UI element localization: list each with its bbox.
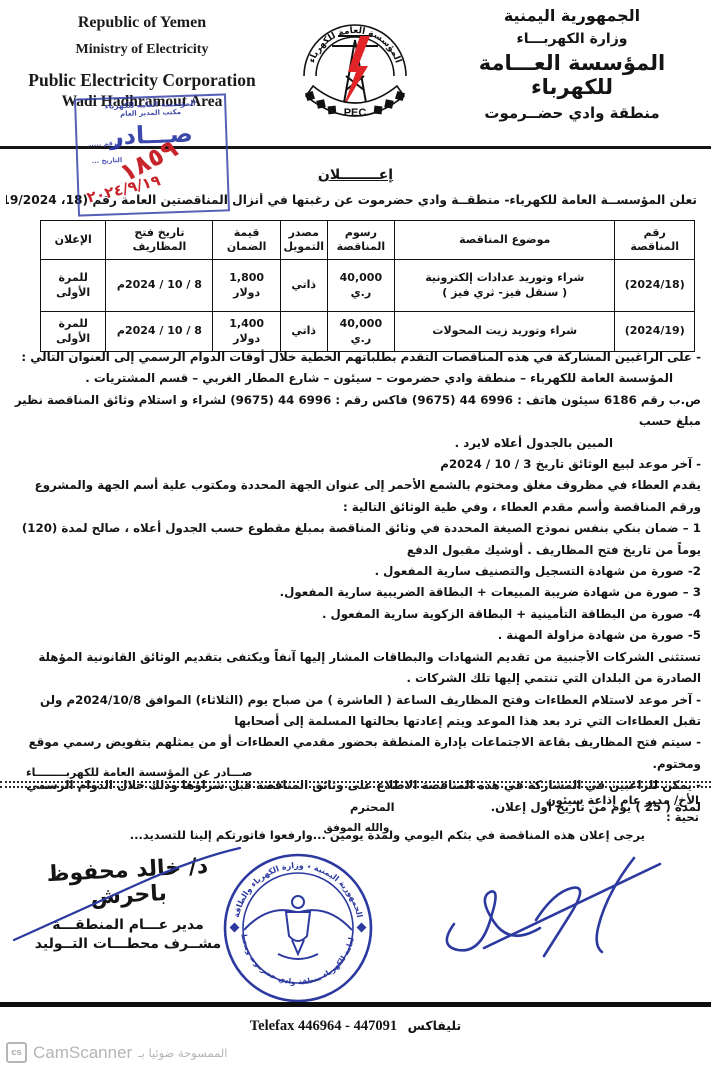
signature-stroke	[447, 858, 660, 956]
guarantee-unit: دولار	[215, 332, 277, 346]
camscanner-brand: CamScanner	[33, 1043, 132, 1063]
signature-left-block: د/ خالد محفوظ باحرش مدير عـــام المنطقــ…	[14, 858, 242, 954]
col-guarantee: قيمة الضمان	[213, 221, 280, 260]
signatory-name: د/ خالد محفوظ باحرش	[13, 852, 243, 914]
funding-source: ذاتي	[280, 312, 327, 352]
open-date: 8 / 10 / 2024م	[106, 260, 213, 312]
round-stamp-top-text: الجمهورية اليمنية ٭ وزارة الكهرباء والطا…	[232, 861, 364, 919]
subject-line2: ( سنقل فيز- ثري فيز )	[397, 286, 612, 300]
paragraph: ص.ب رقم 6186 سيئون هاتف : 6996 44 (9675)…	[12, 390, 701, 433]
logo-label: PEC	[344, 107, 367, 119]
subject-line1: شراء وتوريد عدادات إلكترونية	[397, 271, 612, 285]
signatory-title-1: مدير عـــام المنطقـــة	[14, 916, 242, 935]
addressee-line: الأخ/ مدير عام إذاعة سيئون	[546, 792, 699, 809]
respected-label: المحترم	[350, 800, 395, 814]
signature-right	[428, 848, 674, 974]
table-row: (2024/19) شراء وتوريد زيت المحولات 40,00…	[41, 312, 695, 352]
header-arabic: الجمهورية اليمنية وزارة الكهربـــاء المؤ…	[443, 6, 701, 122]
funding-source: ذاتي	[280, 260, 327, 312]
announcement-times: للمرة الأولى	[41, 260, 106, 312]
paragraph: المؤسسة العامة للكهرباء – منطقة وادي حضر…	[12, 368, 701, 389]
broadcast-request-line: يرجى إعلان هذه المناقصة في بثكم اليومي و…	[50, 828, 645, 842]
footer-rule	[0, 1002, 711, 1007]
camscanner-icon: cs	[6, 1042, 27, 1063]
tender-fee: 40,000 ر.ي	[327, 312, 394, 352]
col-subject: موضوع المناقصة	[395, 221, 615, 260]
table-header-row: رقم المناقصة موضوع المناقصة رسوم المناقص…	[41, 221, 695, 260]
list-item: 3 – صورة من شهادة ضريبة المبيعات + البطا…	[12, 582, 701, 603]
svg-text:الجمهورية اليمنية ٭ وزارة الكه: الجمهورية اليمنية ٭ وزارة الكهرباء والطا…	[232, 861, 364, 919]
logo-bottom-band: PEC	[305, 86, 405, 119]
tender-no: (2024/18)	[615, 260, 695, 312]
col-fees: رسوم المناقصة	[327, 221, 394, 260]
dotted-line	[0, 781, 711, 783]
paragraph: تستثنى الشركات الأجنبية من تقديم الشهادا…	[12, 647, 701, 690]
stamp-labels: الرقم ..... التاريخ ...	[81, 139, 122, 174]
guarantee-amount: 1,800	[215, 271, 277, 285]
guarantee: 1,400 دولار	[213, 312, 280, 352]
scanned-tender-announcement: Republic of Yemen Ministry of Electricit…	[0, 0, 711, 1080]
country-en: Republic of Yemen	[18, 14, 266, 32]
list-item: 5- صورة من شهادة مزاولة المهنة .	[12, 625, 701, 646]
fee-unit: ر.ي	[330, 286, 392, 300]
telefax-line: Telefax 446964 - 447091 تليفاكس	[0, 1015, 711, 1035]
announcement-title-text: إعــــــــلان	[318, 167, 393, 183]
announcement-times: للمرة الأولى	[41, 312, 106, 352]
col-tender-no: رقم المناقصة	[615, 221, 695, 260]
dotted-line	[0, 786, 711, 788]
signatory-title-2: مشــرف محطـــات التــوليد	[14, 935, 242, 954]
camscanner-watermark: cs CamScanner الممسوحة ضوئيا بـ	[6, 1042, 227, 1063]
paragraph: - آخر موعد لاستلام العطاءات وفتح المظاري…	[12, 690, 701, 733]
issued-by-row: صـــادر عن المؤسسة العامة للكهربــــــــ…	[0, 766, 711, 792]
table-row: (2024/18) شراء وتوريد عدادات إلكترونية (…	[41, 260, 695, 312]
fee-amount: 40,000	[330, 271, 392, 285]
open-date: 8 / 10 / 2024م	[106, 312, 213, 352]
telefax-ar: تليفاكس	[408, 1018, 462, 1033]
tender-table: رقم المناقصة موضوع المناقصة رسوم المناقص…	[40, 220, 695, 352]
fee-amount: 40,000	[330, 317, 392, 331]
telefax-en: Telefax 446964 - 447091	[250, 1018, 397, 1034]
guarantee-unit: دولار	[215, 286, 277, 300]
tender-fee: 40,000 ر.ي	[327, 260, 394, 312]
issued-by-text: صـــادر عن المؤسسة العامة للكهربــــــــ…	[26, 766, 252, 779]
guarantee-amount: 1,400	[215, 317, 277, 331]
ministry-ar: وزارة الكهربـــاء	[443, 31, 701, 47]
area-ar: منطقة وادي حضــرموت	[443, 104, 701, 122]
pec-logo-icon: المؤسسة العامة للكهرباء PEC	[292, 10, 418, 144]
col-open-date: تاريخ فتح المظاريف	[106, 221, 213, 260]
addressee-block: الأخ/ مدير عام إذاعة سيئون تحية :	[546, 792, 699, 826]
greeting-line: تحية :	[546, 809, 699, 826]
tender-subject: شراء وتوريد عدادات إلكترونية ( سنقل فيز-…	[395, 260, 615, 312]
list-item: 2- صورة من شهادة التسجيل والتصنيف سارية …	[12, 561, 701, 582]
eagle-emblem-icon	[244, 896, 352, 959]
stamp-number-label: الرقم .....	[81, 139, 121, 148]
corporation-ar: المؤسسة العـــامة للكهرباء	[443, 51, 701, 99]
paragraph: - آخر موعد لبيع الوثائق تاريخ 3 / 10 / 2…	[12, 454, 701, 475]
guarantee: 1,800 دولار	[213, 260, 280, 312]
paragraph: المبين بالجدول أعلاه لايرد .	[12, 433, 701, 454]
fee-unit: ر.ي	[330, 332, 392, 346]
country-ar: الجمهورية اليمنية	[443, 6, 701, 25]
list-item: 4- صورة من البطاقة التأمينية + البطاقة ا…	[12, 604, 701, 625]
tender-subject: شراء وتوريد زيت المحولات	[395, 312, 615, 352]
official-round-stamp: الجمهورية اليمنية ٭ وزارة الكهرباء والطا…	[220, 846, 376, 1012]
corporation-en: Public Electricity Corporation	[18, 70, 266, 91]
camscanner-arabic-label: الممسوحة ضوئيا بـ	[138, 1046, 227, 1060]
col-announcement: الإعلان	[41, 221, 106, 260]
paragraph: يقدم العطاء في مظروف مغلق ومختوم بالشمع …	[12, 475, 701, 518]
list-item: 1 – ضمان بنكي بنفس نموذج الصيغة المحددة …	[12, 518, 701, 561]
paragraph: - على الراغبين المشاركة في هذه المناقصات…	[12, 347, 701, 368]
col-funding: مصدر التمويل	[280, 221, 327, 260]
tender-no: (2024/19)	[615, 312, 695, 352]
ministry-en: Ministry of Electricity	[18, 42, 266, 58]
